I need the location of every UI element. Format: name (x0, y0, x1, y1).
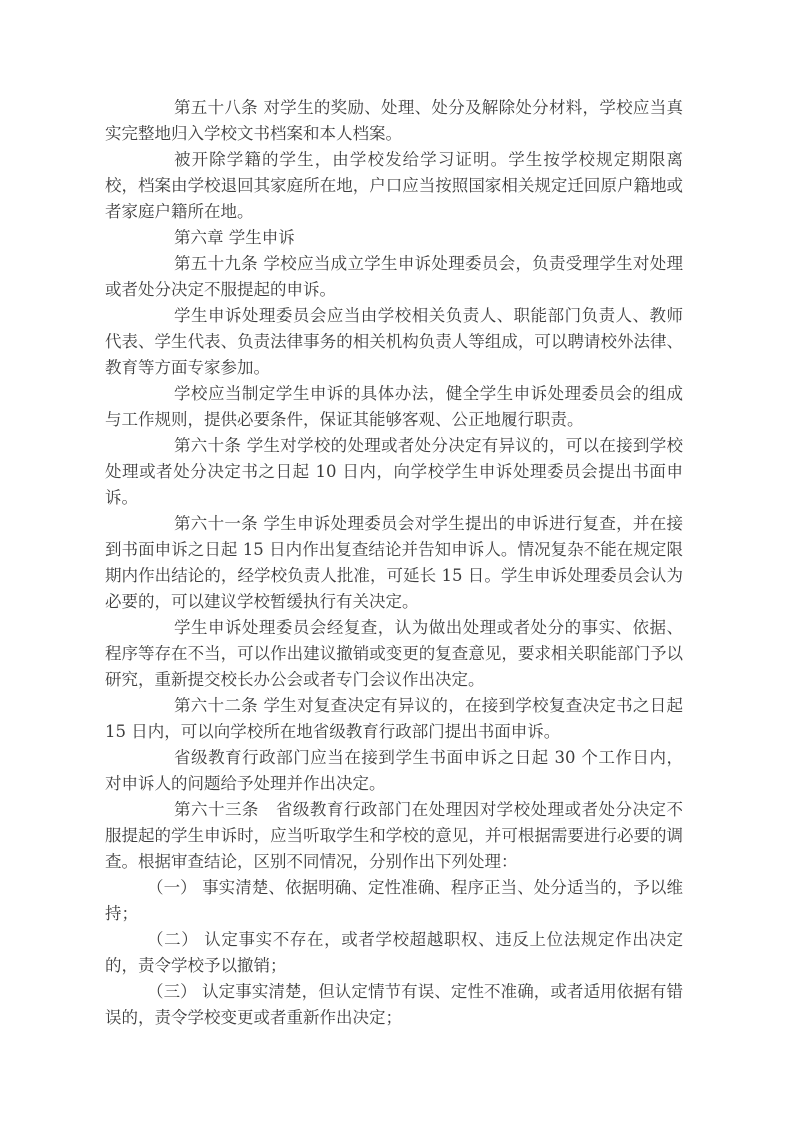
list-item: （二） 认定事实不存在，或者学校超越职权、违反上位法规定作出决定的，责令学校予以… (105, 927, 683, 979)
paragraph: 第六十三条 省级教育行政部门在处理因对学校处理或者处分决定不服提起的学生申诉时，… (105, 797, 683, 875)
paragraph: 第六十一条 学生申诉处理委员会对学生提出的申诉进行复查，并在接到书面申诉之日起 … (105, 511, 683, 615)
document-body: 第五十八条 对学生的奖励、处理、处分及解除处分材料，学校应当真实完整地归入学校文… (105, 95, 683, 1031)
paragraph: 第五十八条 对学生的奖励、处理、处分及解除处分材料，学校应当真实完整地归入学校文… (105, 95, 683, 147)
paragraph: 第六十条 学生对学校的处理或者处分决定有异议的，可以在接到学校处理或者处分决定书… (105, 433, 683, 511)
paragraph: 被开除学籍的学生，由学校发给学习证明。学生按学校规定期限离校，档案由学校退回其家… (105, 147, 683, 225)
list-item: （一） 事实清楚、依据明确、定性准确、程序正当、处分适当的，予以维持； (105, 875, 683, 927)
paragraph: 第六十二条 学生对复查决定有异议的，在接到学校复查决定书之日起 15 日内，可以… (105, 693, 683, 745)
list-item: （三） 认定事实清楚，但认定情节有误、定性不准确，或者适用依据有错误的，责令学校… (105, 979, 683, 1031)
paragraph: 第五十九条 学校应当成立学生申诉处理委员会，负责受理学生对处理或者处分决定不服提… (105, 251, 683, 303)
document-page: 第五十八条 对学生的奖励、处理、处分及解除处分材料，学校应当真实完整地归入学校文… (0, 0, 793, 1122)
chapter-heading: 第六章 学生申诉 (105, 225, 683, 251)
paragraph: 学生申诉处理委员会应当由学校相关负责人、职能部门负责人、教师代表、学生代表、负责… (105, 303, 683, 381)
paragraph: 省级教育行政部门应当在接到学生书面申诉之日起 30 个工作日内，对申诉人的问题给… (105, 745, 683, 797)
paragraph: 学生申诉处理委员会经复查，认为做出处理或者处分的事实、依据、程序等存在不当，可以… (105, 615, 683, 693)
paragraph: 学校应当制定学生申诉的具体办法，健全学生申诉处理委员会的组成与工作规则，提供必要… (105, 381, 683, 433)
